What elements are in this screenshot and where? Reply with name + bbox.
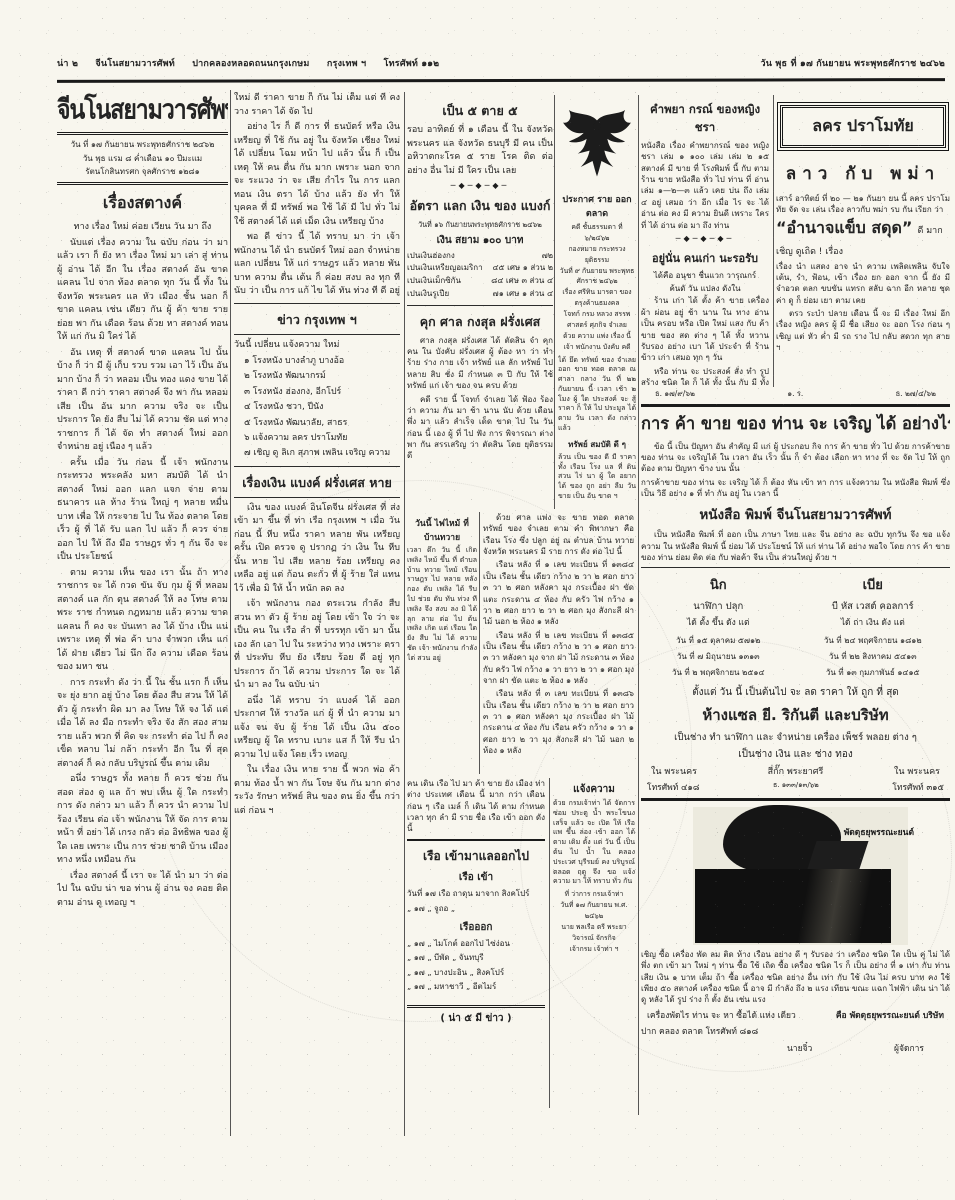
ship-row: „ ๑๗ „ ไมโกต์ ออกไป ไซ่ง่อน (407, 937, 545, 951)
currency-name: เปนเงินรูเปีย (407, 288, 449, 301)
ships-in-rows: วันที่ ๑๗ เรือ ถาดุน มาจาก สิงคโปร์„ ๑๗ … (407, 887, 545, 916)
section-rule (641, 404, 950, 407)
fan-address: ปาก คลอง ตลาด โทรศัพท์ ๘๑๘ (641, 1024, 950, 1038)
signature-line: วันที่ ๑๗ กันยายน พ.ศ. ๒๔๖๒ (553, 900, 635, 922)
watch-ad-table: นิก นาฬิกา ปลุก ได้ ตั้ง ขึ้น ดัง แต่ วั… (641, 572, 950, 681)
house-listing: เรือน หลัง ที่ ๑ เลข ทะเบียน ที่ ๑๓๘๔ เป… (483, 559, 634, 627)
notice-paragraph: ได้ ยึด ทรัพย์ ของ จำเลย ออก ขาย ทอด ตลา… (558, 356, 636, 434)
body-paragraph: เจ้า พนักงาน กอง ตระเวน กำลัง สืบ สวน หา… (234, 598, 400, 693)
listings-body: เรือน หลัง ที่ ๑ เลข ทะเบียน ที่ ๑๓๘๔ เป… (483, 559, 634, 756)
news-heading: ข่าว กรุงเทพ ฯ (234, 310, 400, 330)
column-rule (404, 92, 405, 1136)
shipping-heading: เรือ เข้ามาแลออกไป (407, 847, 545, 866)
manager-signature-row: นายจิ๋ว ผู้จัดการ (641, 1041, 950, 1055)
column-rule (554, 95, 555, 509)
currency-name: เปนเงินเม็กซิกัน (407, 275, 461, 288)
shop-paragraph: ร้าน เก่า ได้ ตั้ง ค้า ขาย เครื่อง ผ้า ผ… (641, 295, 769, 363)
paper-phone: โทรศัพท์ ๑๑๒ (384, 59, 440, 69)
body-paragraph: พอ ดี ข่าว นี้ ได้ ทราบ มา ว่า เจ้า พนัก… (234, 231, 400, 299)
watch-date-row: วัน ที่ ๒๔ พฤศจิกายน ๑๘๑๒ (800, 633, 945, 649)
column-rule (773, 95, 774, 387)
header-rule (57, 78, 945, 83)
notice-meta-line: โจทก์ กรม หลวง สรรพ ศาสตร์ ศุภกิจ จำเลย (558, 309, 636, 331)
ship-row: „ ๑๗ „ บางปะอิน „ สิงคโปร์ (407, 966, 545, 980)
watch-product: บี หัส เวสต์ คอลการ์ (800, 599, 945, 614)
exchange-row: เปนเงินเม็กซิกัน ๘๔ เศษ ๓ ส่วน ๔ (407, 275, 553, 288)
shop-line: ค้นดั วัน แปลง ดังใน (641, 283, 769, 296)
play-paragraph: เสาร์ อาทิตย์ ที่ ๒๐ — ๒๑ กันยา ยน นี้ ล… (776, 193, 950, 216)
divider-rule (234, 466, 400, 467)
body-paragraph: นับแต่ เรื่อง ความ ใน ฉบับ ก่อน ว่า มา แ… (57, 237, 228, 345)
currency-value: ๘๔ เศษ ๓ ส่วน ๔ (491, 275, 553, 288)
harbour-paragraph: ด้วย กรมเจ้าท่า ได้ จัดการ ซ่อม ประตู น้… (553, 799, 635, 887)
assets-paragraph: ล้วน เป็น ของ ดี มี ราคา ทั้ง เรือน โรง … (558, 453, 636, 502)
shop-location: ใน พระนคร (651, 764, 697, 778)
list-item: ๕ โรงหนัง พัฒนาลัย, สาธร (234, 416, 400, 431)
bank-article-body: เงิน ของ แบงค์ อินโดจีน ฝรั่งเศส ที่ ส่ง… (234, 502, 400, 819)
newspaper-page: น่า ๒ จีนโนสยามวารศัพท์ ปากคลองหลอดถนนกร… (0, 0, 955, 1200)
body-paragraph: ศาล กงสุล ฝรั่งเศส ได้ ตัดสิน จำ คุก คน … (407, 335, 553, 392)
harbour-heading: แจ้งความ (553, 782, 635, 797)
news-intro: วันนี้ เปลี่ยน แจ้งความ ใหม่ (234, 339, 400, 353)
column-theatre: ลคร ปราโมทัย ลาว กับ พม่า เสาร์ อาทิตย์ … (776, 95, 950, 387)
list-item: ๖ แจ้งความ ลคร ปราโมทัย (234, 431, 400, 446)
currency-value: ๔๕ เศษ ๑ ส่วน ๒ (492, 262, 553, 275)
ornament-divider: ─◆─◆─◆─ (407, 181, 553, 190)
divider-rule (407, 305, 553, 306)
column-rule (638, 95, 639, 1115)
body-paragraph: เงิน ของ แบงค์ อินโดจีน ฝรั่งเศส ที่ ส่ง… (234, 502, 400, 597)
currency-name: เปนเงินเหรียญอเมริกา (407, 262, 483, 275)
body-paragraph: การ กระทำ ดัง ว่า นี้ ใน ชั้น แรก ก็ เห็… (57, 677, 228, 772)
ship-row: „ ๑๗ „ จูถอ „ (407, 902, 545, 916)
notice-meta-line: วันที่ ๙ กันยายน พระพุทธศักราช ๒๔๖๒ (558, 266, 636, 288)
divider-rule (234, 497, 400, 498)
book-heading: คำพยา กรณ์ ของหญิง ชรา (641, 101, 769, 137)
column-rule (549, 778, 550, 1108)
issue-date-line: วัน พุธ แรม ๘ ค่ำเดือน ๑๐ ปีมะแม (57, 152, 228, 166)
theatre-name-box: ลคร ปราโมทัย (780, 105, 946, 148)
assets-subhead: ทรัพย์ สมบัติ ดี ๆ (558, 438, 636, 451)
body-paragraph: ใน เรื่อง เงิน หาย ราย นี้ พวก พ่อ ค้า ต… (234, 764, 400, 818)
advert-paragraph: เป็น หนังสือ พิมพ์ ที่ ออก เป็น ภาษา ไทย… (641, 529, 950, 563)
column-rule (230, 90, 231, 1136)
play-title: ลาว กับ พม่า (776, 160, 950, 187)
currency-name: เปนเงินฮ่องกง (407, 250, 455, 263)
registry-number: ธ. ๒๗/๔/๖๒ (896, 388, 936, 400)
watch-product: นาฬิกา ปลุก (646, 599, 791, 614)
notice-meta-line: คดี ชั้นธรรมดา ที่ ๖/๒๔๖๒ (558, 222, 636, 244)
exchange-row: เปนเงินฮ่องกง ๗๒ (407, 250, 553, 263)
manager-title: ผู้จัดการ (894, 1041, 924, 1055)
fan-where-row: เครื่องพัดไร ท่าน จะ หา ซื้อได้ แห่ง เดี… (641, 1008, 950, 1022)
list-item: ๔ โรงหนัง ชวา, ปีนัง (234, 400, 400, 415)
exchange-base: เงิน สยาม ๑๐๐ บาท (407, 233, 553, 248)
fan-brand-name: คือ พัดดุธยุพรรณะยนต์ บริษัท (836, 1008, 944, 1022)
column-harbour-notice: แจ้งความ ด้วย กรมเจ้าท่า ได้ จัดการ ซ่อม… (553, 778, 635, 1108)
fire-paragraph: เวลา ดึก วัน นี้ เกิด เพลิง ไหม้ ขึ้น ที… (407, 546, 477, 664)
watch-column-left: นิก นาฬิกา ปลุก ได้ ตั้ง ขึ้น ดัง แต่ วั… (646, 572, 791, 681)
body-paragraph: อัน เหตุ ที่ สตางค์ ขาด แคลน ไป นั้น บ้า… (57, 347, 228, 455)
masthead-title: จีนโนสยามวารศัพท์ (57, 90, 228, 131)
signature-line: เจ้ากรม เจ้าท่า ฯ (553, 944, 635, 955)
shop-line: ได้คือ อนุชา ชื่นแวก วารุณกร์ (641, 270, 769, 283)
notice-meta-line: กองหมาย กระทรวงยุติธรรม (558, 244, 636, 266)
paper-address: ปากคลองหลอดถนนกรุงเกษม (192, 59, 309, 69)
list-item: ๓ โรงหนัง ฮ่องกง, อีกโปร์ (234, 385, 400, 400)
body-paragraph: อย่าง ไร ก็ ดี การ ที่ ธนบัตร์ หรือ เงิน… (234, 121, 400, 229)
fire-heading: วันนี้ ไฟไหม้ ที่ บ้านทวาย (407, 516, 477, 544)
list-item: ๒ โรงหนัง พัฒนากรม์ (234, 369, 400, 384)
shipping-intro: คน เดิน เรือ ไป มา ค้า ขาย ยัง เมือง ท่า… (407, 778, 545, 835)
currency-value: ๗๑ เศษ ๑ ส่วน ๔ (493, 288, 553, 301)
watch-dates: วัน ที่ ๑๕ ตุลาคม ๕๗๑๒วัน ที่ ๗ มิถุนายน… (646, 633, 791, 681)
shop-services-line: เป็นช่าง เงิน และ ช่าง ทอง (641, 747, 950, 762)
harbour-signature: ที่ ว่าการ กรมเจ้าท่าวันที่ ๑๗ กันยายน พ… (553, 889, 635, 954)
shop-heading: อยู่นั่น คนเก่า นะรอรับ (641, 249, 769, 267)
bank-heading: เรื่องเงิน แบงค์ ฝรั่งเศส หาย (234, 473, 400, 493)
issue-date-line: รัตนโกสินทรศก จุลศักราช ๑๒๘๑ (57, 165, 228, 179)
shop-location: สี่กั๊ก พระยาศรี (768, 764, 824, 778)
fan-advert-photo: พัดดุธยุพรรณะยนต์ (693, 807, 908, 945)
continuation-lines: ใหม่ ดี ราคา ขาย ก็ กัน ไม่ เต็ม แต่ ที่… (234, 92, 400, 119)
auction-listings: ด้วย ศาล แพ่ง จะ ขาย ทอด ตลาด ทรัพย์ ของ… (483, 512, 634, 774)
advert-headline: การ ค้า ขาย ของ ท่าน จะ เจริญ ได้ อย่างไ… (641, 411, 950, 437)
notice-meta: คดี ชั้นธรรมดา ที่ ๖/๒๔๖๒กองหมาย กระทรวง… (558, 222, 636, 353)
advert-paragraph: ข้อ นี้ เป็น ปัญหา อัน สำคัญ มี แก่ ผู้ … (641, 441, 950, 475)
list-item: ๗ เชิญ ดู ลิเก สุภาพ เพลิน เจริญ ความ (234, 446, 400, 461)
play-paragraph: ตรว ระบำ ปลาย เดือน นี้ จะ มี เรื่อง ใหม… (776, 308, 950, 353)
column-prophecy-book: คำพยา กรณ์ ของหญิง ชรา หนังสือ เรื่อง คำ… (641, 95, 769, 387)
listings-intro: ด้วย ศาล แพ่ง จะ ขาย ทอด ตลาด ทรัพย์ ของ… (483, 512, 634, 557)
exchange-heading: อัตรา แลก เงิน ของ แบงก์ (407, 196, 553, 216)
court-body: ศาล กงสุล ฝรั่งเศส ได้ ตัดสิน จำ คุก คน … (407, 335, 553, 462)
column-fire-news: วันนี้ ไฟไหม้ ที่ บ้านทวาย เวลา ดึก วัน … (407, 512, 477, 774)
column-official-notice: ประกาศ ราย ออก ตลาด คดี ชั้นธรรมดา ที่ ๖… (558, 98, 636, 509)
watch-date-row: วัน ที่ ๑๓ กุมภาพันธ์ ๑๔๑๕ (800, 665, 945, 681)
watch-column-header: เบีย (800, 574, 945, 595)
registry-number: ธ. ๑๓๓/๑๓/๖๒ (773, 780, 819, 794)
watch-date-row: วัน ที่ ๒๒ สิงหาคม ๕๔๑๓ (800, 649, 945, 665)
advert-section: ธ. ๑๗/๙/๖๒ ๑. ร. ธ. ๒๗/๔/๖๒ การ ค้า ขาย … (641, 388, 950, 1136)
issue-date-block: วัน ที่ ๑๗ กันยายน พระพุทธศักราช ๒๔๖๒วัน… (57, 138, 228, 179)
watch-date-row: วัน ที่ ๑๕ ตุลาคม ๕๗๑๒ (646, 633, 791, 649)
body-paragraph: ครั้น เมื่อ วัน ก่อน นี้ เจ้า พนักงาน กร… (57, 457, 228, 565)
watch-date-row: วัน ที่ ๒ พฤศจิกายน ๒๕๑๔ (646, 665, 791, 681)
shop-phone: โทรศัพท์ ๔๑๘ (647, 780, 699, 794)
photo-base-shape (695, 869, 891, 943)
column-health-rates-court: เป็น ๕ ตาย ๕ รอบ อาทิตย์ ที่ ๑ เดือน นี้… (407, 95, 553, 509)
paper-city: กรุงเทพ ฯ (327, 59, 366, 69)
registry-row: ธ. ๑๗/๙/๖๒ ๑. ร. ธ. ๒๗/๔/๖๒ (641, 388, 950, 400)
ornament-divider: ─◆─◆─◆─ (641, 234, 769, 243)
exchange-row: เปนเงินเหรียญอเมริกา ๔๕ เศษ ๑ ส่วน ๒ (407, 262, 553, 275)
signature-line: ที่ ว่าการ กรมเจ้าท่า (553, 889, 635, 900)
watch-column-right: เบีย บี หัส เวสต์ คอลการ์ ได้ ถ่า เงิน ด… (800, 572, 945, 681)
column2-top-body: อย่าง ไร ก็ ดี การ ที่ ธนบัตร์ หรือ เงิน… (234, 121, 400, 299)
notice-meta-line: เรื่อง ศรีทิน มารดา ของ ตรุงค้านธมงคล (558, 287, 636, 309)
house-listing: เรือน หลัง ที่ ๓ เลข ทะเบียน ที่ ๑๓๘๖ เป… (483, 688, 634, 756)
notice-heading: ประกาศ ราย ออก ตลาด (558, 192, 636, 220)
column-shipping: คน เดิน เรือ ไป มา ค้า ขาย ยัง เมือง ท่า… (407, 778, 545, 1130)
shop-phone-row: โทรศัพท์ ๔๑๘ ธ. ๑๓๓/๑๓/๖๒ โทรศัพท์ ๓๑๕ (641, 780, 950, 794)
ship-row: „ ๑๗ „ มหาชาวี „ อีตไมร์ (407, 980, 545, 994)
ships-out-rows: „ ๑๗ „ ไมโกต์ ออกไป ไซ่ง่อน„ ๑๗ „ บีพัด … (407, 937, 545, 995)
shop-phone: โทรศัพท์ ๓๑๕ (892, 780, 944, 794)
shop-location: ใน พระนคร (894, 764, 940, 778)
garuda-emblem-icon (560, 100, 634, 188)
manager-name: นายจิ๋ว (787, 1041, 812, 1055)
ship-row: วันที่ ๑๗ เรือ ถาดุน มาจาก สิงคโปร์ (407, 887, 545, 901)
footer-rule (407, 1005, 545, 1008)
body-paragraph: ตาม ความ เห็น ของ เรา นั้น ถ้า ทาง ราชกา… (57, 567, 228, 675)
discount-line: ตั้งแต่ วัน นี้ เป็นต้นไป จะ ลด ราคา ให้… (641, 685, 950, 700)
registry-number: ธ. ๑๗/๙/๖๒ (655, 388, 695, 400)
next-page-note: ( น่า ๕ มี ข่าว ) (407, 1011, 545, 1026)
divider-rule (407, 839, 545, 842)
shop-paragraph: หรือ ท่าน จะ ประสงค์ สั่ง ทำ รูป สร้าง ช… (641, 366, 769, 387)
watch-date-row: วัน ที่ ๗ มิถุนายน ๑๓๑๓ (646, 649, 791, 665)
divider-rule (234, 303, 400, 304)
column-bangkok-news: ใหม่ ดี ราคา ขาย ก็ กัน ไม่ เต็ม แต่ ที่… (234, 92, 400, 1136)
list-item: ๑ โรงหนัง บางลำภู บางอ้อ (234, 354, 400, 369)
section-rule (641, 798, 950, 801)
page-number: น่า ๒ (57, 59, 78, 69)
ship-row: „ ๑๗ „ บีพัด „ จันทบุรี (407, 951, 545, 965)
shop-brand: ห้างแซล ยี. ริกันตี และบริษัท (641, 703, 950, 727)
fan-where-text: เครื่องพัดไร ท่าน จะ หา ซื้อได้ แห่ง เดี… (647, 1008, 796, 1022)
newspaper-brand: หนังสือ พิมพ์ จีนโนสยามวารศัพท์ (641, 503, 950, 525)
article-subhead: ทาง เรื่อง ใหม่ ค่อย เวียน วัน มา ถึง (57, 219, 228, 233)
divider-rule (641, 567, 950, 568)
body-paragraph: อนึ่ง ได้ ทราบ ว่า แบงค์ ได้ ออก ประกาศ … (234, 695, 400, 763)
divider-rule (234, 334, 400, 335)
play-quote: “อำนาจแข็บ สดุด” (776, 218, 912, 237)
exchange-table: เปนเงินฮ่องกง ๗๒ เปนเงินเหรียญอเมริกา ๔๕… (407, 250, 553, 301)
cinema-list: ๑ โรงหนัง บางลำภู บางอ้อ๒ โรงหนัง พัฒนาก… (234, 354, 400, 462)
signature-line: นาย พลเรือ ตรี พระยา วิจารณ์ จักรกิจ (553, 922, 635, 944)
currency-value: ๗๒ (542, 250, 553, 263)
issue-date: วัน พุธ ที่ ๑๗ กันยายน พระพุทธศักราช ๒๔๖… (760, 56, 945, 70)
epidemic-paragraph: รอบ อาทิตย์ ที่ ๑ เดือน นี้ ใน จังหวัด พ… (407, 124, 553, 178)
paper-name: จีนโนสยามวารศัพท์ (95, 59, 175, 69)
watch-dates: วัน ที่ ๒๔ พฤศจิกายน ๑๘๑๒วัน ที่ ๒๒ สิงห… (800, 633, 945, 681)
article-body: นับแต่ เรื่อง ความ ใน ฉบับ ก่อน ว่า มา แ… (57, 237, 228, 911)
shop-location-row: ใน พระนคร สี่กั๊ก พระยาศรี ใน พระนคร (641, 764, 950, 778)
body-paragraph: คดี ราย นี้ โจทก์ จำเลย ได้ ฟ้อง ร้อง ว่… (407, 394, 553, 462)
watch-column-header: นิก (646, 574, 791, 595)
body-paragraph: เรื่อง สตางค์ นี้ เรา จะ ได้ นำ มา ว่า ต… (57, 870, 228, 911)
exchange-date: วันที่ ๑๖ กันยายนพระพุทธศักราช ๒๔๖๒ (407, 219, 553, 231)
page-header: น่า ๒ จีนโนสยามวารศัพท์ ปากคลองหลอดถนนกร… (57, 56, 945, 70)
masthead-rule (57, 132, 228, 135)
advert-paragraph: การค้าขาย ของ ท่าน จะ เจริญ ได้ ก็ ต้อง … (641, 477, 950, 500)
play-quote-row: “อำนาจแข็บ สดุด” ดี มาก เชิญ ดูเถิด ! เร… (776, 218, 950, 258)
epidemic-heading: เป็น ๕ ตาย ๕ (407, 101, 553, 121)
registry-number: ๑. ร. (787, 388, 803, 400)
divider-rule (57, 182, 228, 185)
fan-advert-paragraph: เชิญ ซื้อ เครื่อง พัด ลม ติด ห้าง เรือน … (641, 949, 950, 1006)
watch-caption: ได้ ถ่า เงิน ดัง แต่ (800, 615, 945, 629)
issue-date-line: วัน ที่ ๑๗ กันยายน พระพุทธศักราช ๒๔๖๒ (57, 138, 228, 152)
watch-caption: ได้ ตั้ง ขึ้น ดัง แต่ (646, 615, 791, 629)
column-rule (479, 512, 480, 774)
page-header-left: น่า ๒ จีนโนสยามวารศัพท์ ปากคลองหลอดถนนกร… (57, 56, 453, 70)
notice-meta-line: ด้วย ความ แพ่ง เรื่อง นี้ เจ้า พนักงาน บ… (558, 331, 636, 353)
article-heading: เรื่องสตางค์ (57, 191, 228, 216)
ships-out-subhead: เรือออก (407, 920, 545, 935)
column-money-article: จีนโนสยามวารศัพท์ วัน ที่ ๑๗ กันยายน พระ… (57, 90, 228, 1136)
ships-in-subhead: เรือ เข้า (407, 870, 545, 885)
exchange-row: เปนเงินรูเปีย ๗๑ เศษ ๑ ส่วน ๔ (407, 288, 553, 301)
play-paragraph: เรื่อง นำ แสดง อาจ นำ ความ เพลิดเพลิน จั… (776, 261, 950, 306)
shop-services-line: เป็นช่าง ทำ นาฬิกา และ จำหน่าย เครื่อง เ… (641, 730, 950, 745)
body-paragraph: อนึ่ง ราษฎร ทั้ง หลาย ก็ ควร ช่วย กัน สอ… (57, 773, 228, 868)
court-heading: คุก ศาล กงสุล ฝรั่งเศส (407, 312, 553, 332)
photo-caption: พัดดุธยุพรรณะยนต์ (844, 825, 914, 839)
book-paragraph: หนังสือ เรื่อง คำพยากรณ์ ของ หญิงชรา เล่… (641, 140, 769, 231)
house-listing: เรือน หลัง ที่ ๒ เลข ทะเบียน ที่ ๑๓๘๕ เป… (483, 630, 634, 687)
